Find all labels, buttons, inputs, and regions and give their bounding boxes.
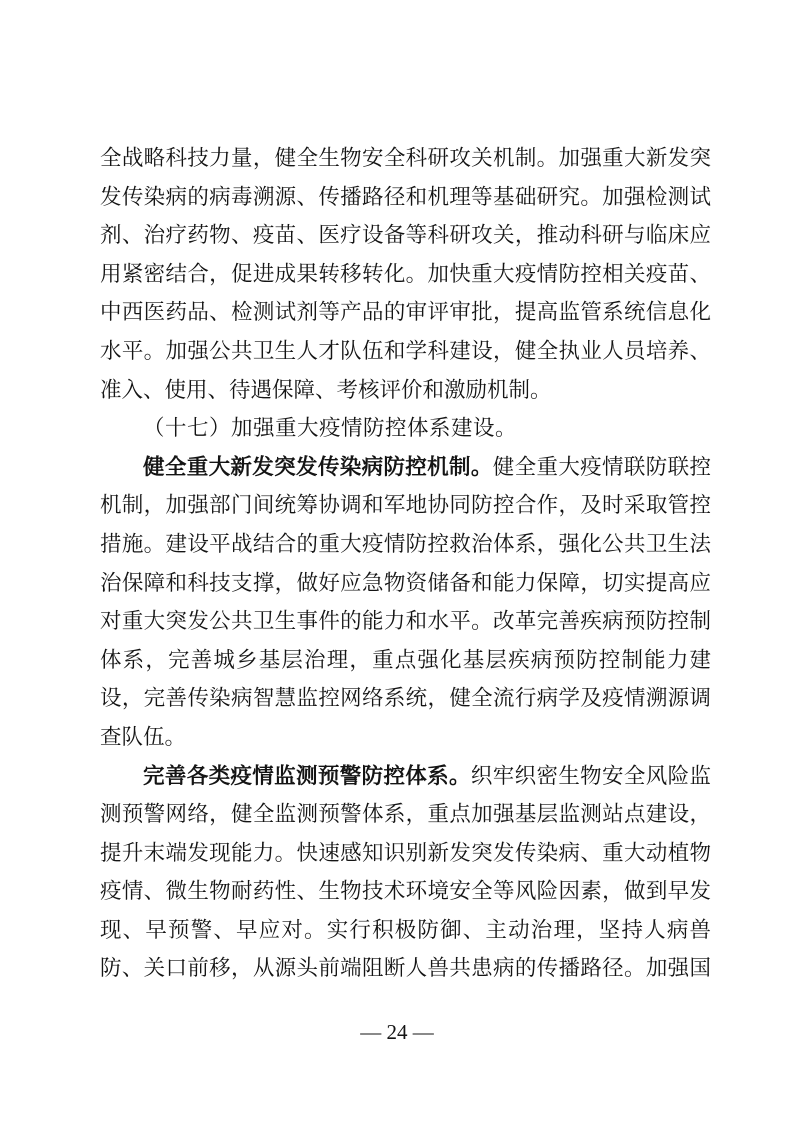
body-line-paragraph-end: 查队伍。 <box>100 718 711 757</box>
body-line: 测预警网络，健全监测预警体系，重点加强基层监测站点建设， <box>100 795 711 834</box>
body-line: 剂、治疗药物、疫苗、医疗设备等科研攻关，推动科研与临床应 <box>100 216 711 255</box>
body-line: 水平。加强公共卫生人才队伍和学科建设，健全执业人员培养、 <box>100 332 711 371</box>
body-line: 现、早预警、早应对。实行积极防御、主动治理，坚持人病兽 <box>100 911 711 950</box>
body-line: 发传染病的病毒溯源、传播路径和机理等基础研究。加强检测试 <box>100 178 711 217</box>
body-line-paragraph-end: 准入、使用、待遇保障、考核评价和激励机制。 <box>100 371 711 410</box>
bold-lead-sentence: 完善各类疫情监测预警防控体系。 <box>143 764 471 788</box>
body-line: 体系，完善城乡基层治理，重点强化基层疾病预防控制能力建 <box>100 641 711 680</box>
body-line: 设，完善传染病智慧监控网络系统，健全流行病学及疫情溯源调 <box>100 679 711 718</box>
body-line: 用紧密结合，促进成果转移转化。加快重大疫情防控相关疫苗、 <box>100 255 711 294</box>
body-line: 措施。建设平战结合的重大疫情防控救治体系，强化公共卫生法 <box>100 525 711 564</box>
body-line: 对重大突发公共卫生事件的能力和水平。改革完善疾病预防控制 <box>100 602 711 641</box>
body-line: 治保障和科技支撑，做好应急物资储备和能力保障，切实提高应 <box>100 564 711 603</box>
body-line: 疫情、微生物耐药性、生物技术环境安全等风险因素，做到早发 <box>100 872 711 911</box>
body-line: 防、关口前移，从源头前端阻断人兽共患病的传播路径。加强国 <box>100 949 711 988</box>
lead-line-rest: 健全重大疫情联防联控 <box>493 455 711 479</box>
document-page: 全战略科技力量，健全生物安全科研攻关机制。加强重大新发突 发传染病的病毒溯源、传… <box>0 0 794 1123</box>
page-number: — 24 — <box>0 1020 794 1044</box>
document-body: 全战略科技力量，健全生物安全科研攻关机制。加强重大新发突 发传染病的病毒溯源、传… <box>100 139 711 988</box>
lead-line-rest: 织牢织密生物安全风险监 <box>471 764 711 788</box>
paragraph-lead-line: 完善各类疫情监测预警防控体系。织牢织密生物安全风险监 <box>100 757 711 796</box>
subsection-heading: （十七）加强重大疫情防控体系建设。 <box>100 409 711 448</box>
body-line: 中西医药品、检测试剂等产品的审评审批，提高监管系统信息化 <box>100 293 711 332</box>
body-line: 提升末端发现能力。快速感知识别新发突发传染病、重大动植物 <box>100 834 711 873</box>
body-line: 机制，加强部门间统筹协调和军地协同防控合作，及时采取管控 <box>100 486 711 525</box>
bold-lead-sentence: 健全重大新发突发传染病防控机制。 <box>143 455 493 479</box>
body-line: 全战略科技力量，健全生物安全科研攻关机制。加强重大新发突 <box>100 139 711 178</box>
paragraph-lead-line: 健全重大新发突发传染病防控机制。健全重大疫情联防联控 <box>100 448 711 487</box>
